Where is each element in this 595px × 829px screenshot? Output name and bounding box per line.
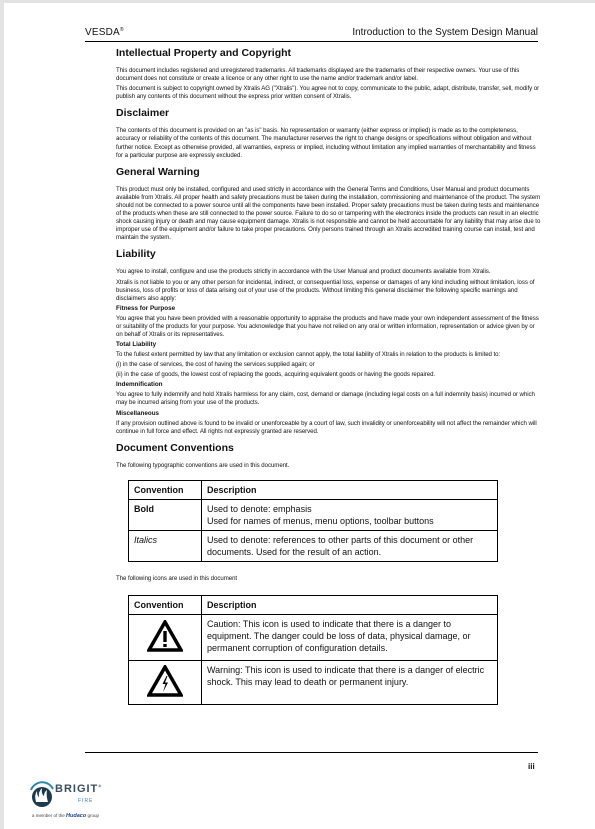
column-header: Description xyxy=(202,595,498,614)
description-cell: Warning: This icon is used to indicate t… xyxy=(202,660,498,704)
page-content: Intellectual Property and Copyright This… xyxy=(116,47,541,711)
paragraph: To the fullest extent permitted by law t… xyxy=(116,351,541,359)
table-row: Caution: This icon is used to indicate t… xyxy=(129,614,498,660)
description-line: Used to denote: emphasis xyxy=(207,503,492,515)
paragraph: If any provision outlined above is found… xyxy=(116,420,541,436)
manual-title: Introduction to the System Design Manual xyxy=(352,27,538,38)
column-header: Convention xyxy=(129,595,202,614)
table-row: Italics Used to denote: references to ot… xyxy=(129,530,498,561)
page-number: iii xyxy=(528,762,535,771)
icon-conventions-table: Convention Description Caution: This ico… xyxy=(128,595,498,705)
paragraph: The following typographic conventions ar… xyxy=(116,462,541,470)
section-conventions: Document Conventions The following typog… xyxy=(116,442,541,705)
table-header-row: Convention Description xyxy=(129,595,498,614)
logo-brand-text: BRIGIT® xyxy=(55,783,102,795)
logo-sub-text: FIRE xyxy=(78,798,93,804)
section-liability: Liability You agree to install, configur… xyxy=(116,248,541,435)
table-row: Bold Used to denote: emphasis Used for n… xyxy=(129,499,498,530)
footer-divider xyxy=(85,752,538,753)
paragraph: This product must only be installed, con… xyxy=(116,186,541,243)
convention-cell xyxy=(129,614,202,660)
subheading-total-liability: Total Liability xyxy=(116,341,541,349)
subheading-fitness: Fitness for Purpose xyxy=(116,305,541,313)
page-header: VESDA® Introduction to the System Design… xyxy=(85,27,538,42)
subheading-miscellaneous: Miscellaneous xyxy=(116,410,541,418)
brigit-fire-logo: BRIGIT® FIRE a member of the Hudaco grou… xyxy=(28,780,118,824)
description-line: Used for names of menus, menu options, t… xyxy=(207,515,492,527)
section-disclaimer: Disclaimer The contents of this document… xyxy=(116,107,541,159)
paragraph: You agree that you have been provided wi… xyxy=(116,315,541,339)
subheading-indemnification: Indemnification xyxy=(116,381,541,389)
typographic-conventions-table: Convention Description Bold Used to deno… xyxy=(128,480,498,562)
table-header-row: Convention Description xyxy=(129,480,498,499)
list-item: (ii) in the case of goods, the lowest co… xyxy=(116,371,541,379)
list-item: (i) in the case of services, the cost of… xyxy=(116,361,541,369)
description-cell: Used to denote: emphasis Used for names … xyxy=(202,499,498,530)
section-heading: General Warning xyxy=(116,166,541,179)
description-cell: Caution: This icon is used to indicate t… xyxy=(202,614,498,660)
section-heading: Liability xyxy=(116,248,541,261)
description-cell: Used to denote: references to other part… xyxy=(202,530,498,561)
section-heading: Disclaimer xyxy=(116,107,541,120)
paragraph: You agree to install, configure and use … xyxy=(116,268,541,276)
column-header: Description xyxy=(202,480,498,499)
paragraph: This document is subject to copyright ow… xyxy=(116,85,541,101)
table-row: Warning: This icon is used to indicate t… xyxy=(129,660,498,704)
electric-shock-warning-icon xyxy=(147,665,183,697)
column-header: Convention xyxy=(129,480,202,499)
logo-member-text: a member of the Hudaco group xyxy=(32,813,99,819)
section-general-warning: General Warning This product must only b… xyxy=(116,166,541,243)
paragraph: You agree to fully indemnify and hold Xt… xyxy=(116,391,541,407)
section-heading: Intellectual Property and Copyright xyxy=(116,47,541,60)
paragraph: This document includes registered and un… xyxy=(116,67,541,83)
flame-logo-icon xyxy=(28,780,56,808)
section-heading: Document Conventions xyxy=(116,442,541,455)
paragraph: The following icons are used in this doc… xyxy=(116,575,541,583)
convention-cell: Italics xyxy=(129,530,202,561)
section-ip: Intellectual Property and Copyright This… xyxy=(116,47,541,101)
paragraph: Xtralis is not liable to you or any othe… xyxy=(116,279,541,303)
paragraph: The contents of this document is provide… xyxy=(116,127,541,159)
convention-cell xyxy=(129,660,202,704)
product-name: VESDA® xyxy=(85,27,124,38)
convention-cell: Bold xyxy=(129,499,202,530)
caution-triangle-icon xyxy=(147,620,183,652)
